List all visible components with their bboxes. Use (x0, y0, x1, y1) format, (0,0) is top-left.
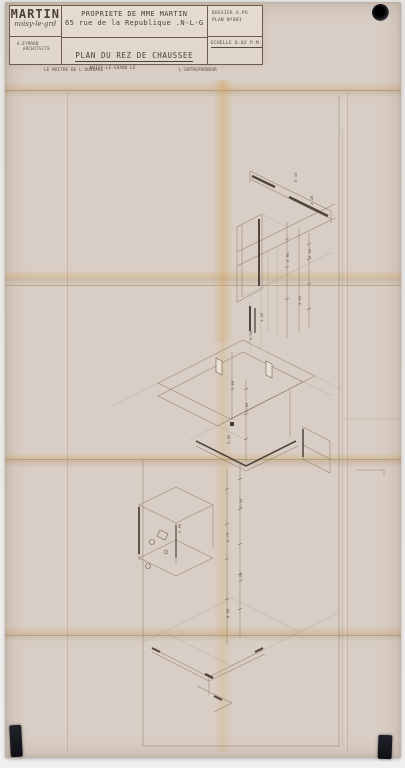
dimension-label: 0.90 (227, 435, 231, 444)
dimension-label: 0.90 (286, 253, 290, 262)
dimension-label: 2.50 (308, 249, 312, 258)
scale-label: ECHELLE 0.02 P.M. (211, 41, 262, 48)
title-block-center-cell: PROPRIETE DE MME MARTIN 65 rue de la Rep… (62, 6, 208, 64)
firm-location: noisy-le-grd (10, 20, 61, 28)
dimension-label: 0.75 (226, 533, 230, 542)
dimension-label: 1.20 (260, 313, 264, 322)
dimension-label: 2.50 (239, 499, 243, 508)
dimension-label: 1.86 (245, 403, 249, 412)
dimension-label: 0.60 (249, 331, 253, 340)
dimension-label: 1.20 (239, 573, 243, 582)
dimension-label: 3.05 (298, 296, 302, 305)
signature-contractor-label: L'ENTREPRENEUR (179, 67, 217, 72)
binder-clip-right (378, 735, 393, 759)
scanned-drawing-page: 2.500.903.051.200.602.280.333.601.860.90… (0, 0, 405, 768)
floor-plan-drawing: 2.500.903.051.200.602.280.333.601.860.90… (0, 0, 405, 768)
dossier-ref: DOSSIER A.PO (212, 10, 262, 17)
binder-clip-left (9, 725, 23, 758)
title-block-firm-cell: MARTIN noisy-le-grd A.EYMARD ARCHITECTE (10, 6, 62, 64)
plan-number: PLAN Nº001 (212, 17, 262, 24)
drawing-title: PLAN DU REZ DE CHAUSSEE (75, 51, 193, 62)
title-block: MARTIN noisy-le-grd A.EYMARD ARCHITECTE … (9, 5, 263, 65)
dimension-label: 2.28 (310, 196, 314, 205)
dimension-label: 3.60 (231, 381, 235, 390)
signature-owner-label: LE MAITRE DE L'OUVRAGE (44, 67, 104, 72)
dimension-label: 0.33 (294, 173, 298, 182)
architect-title: ARCHITECTE (17, 46, 61, 51)
punch-hole (372, 4, 389, 21)
dimension-label: 0.60 (226, 609, 230, 618)
property-owner: PROPRIETE DE MME MARTIN (62, 10, 207, 19)
dimension-label: 0.90 (178, 524, 182, 533)
property-address: 65 rue de la Republique .N-L-G (62, 19, 207, 28)
title-block-ref-cell: DOSSIER A.PO PLAN Nº001 ECHELLE 0.02 P.M… (208, 6, 262, 64)
firm-name: MARTIN (10, 9, 61, 20)
